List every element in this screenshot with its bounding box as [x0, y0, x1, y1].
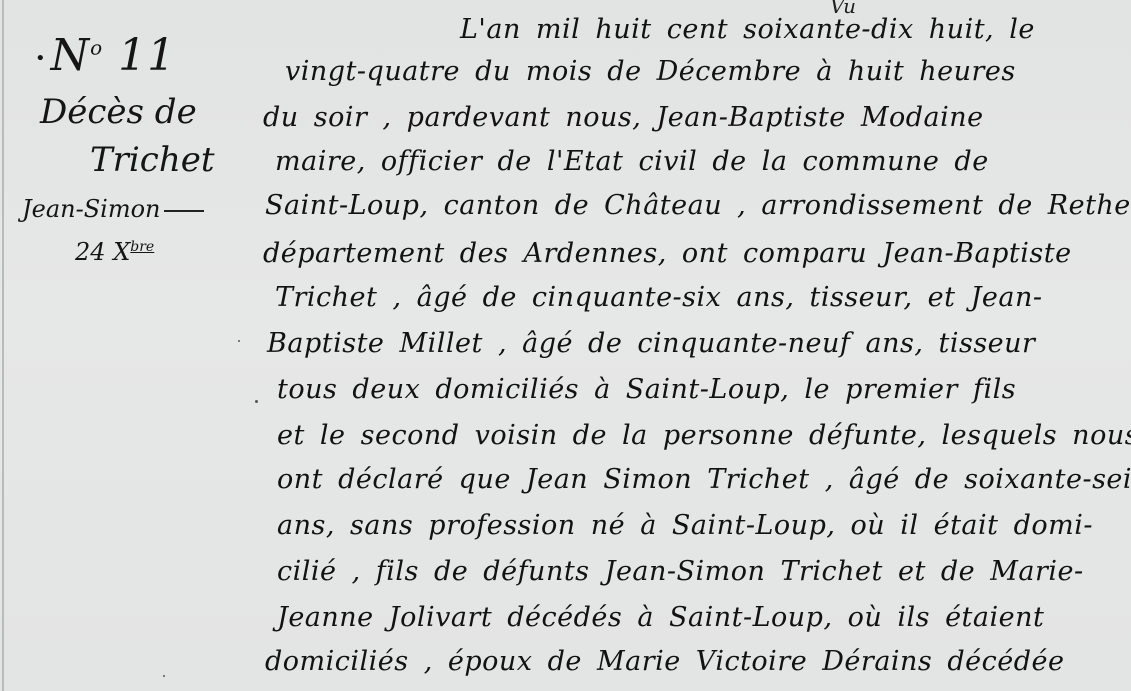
body-line-15: domiciliés , époux de Marie Victoire Dér… [265, 646, 1064, 677]
body-line-7: Trichet , âgé de cinquante-six ans, tiss… [275, 282, 1042, 313]
record-date-day: 24 [75, 238, 106, 266]
paper-speck [255, 400, 258, 403]
deceased-first-names: Jean-Simon [22, 195, 204, 223]
record-bullet: • [35, 48, 47, 69]
record-date-month: X [113, 238, 130, 266]
record-title: Décès de [40, 92, 197, 132]
body-line-11: ont déclaré que Jean Simon Trichet , âgé… [277, 464, 1131, 495]
record-date-month-sup: bre [130, 239, 154, 255]
scanned-register-page: •No 11 Décès de Trichet Jean-Simon 24 Xb… [0, 0, 1131, 691]
paper-speck [163, 675, 165, 677]
body-line-10: et le second voisin de la personne défun… [277, 420, 1131, 451]
body-line-3: du soir , pardevant nous, Jean-Baptiste … [263, 102, 984, 133]
page-binding-edge [2, 0, 4, 691]
paper-speck [238, 340, 240, 342]
record-date: 24 Xbre [75, 238, 154, 266]
body-line-2: vingt-quatre du mois de Décembre à huit … [285, 56, 1016, 87]
body-line-14: Jeanne Jolivart décédés à Saint-Loup, où… [277, 602, 1044, 633]
body-line-9: tous deux domiciliés à Saint-Loup, le pr… [277, 374, 1016, 405]
body-line-8: Baptiste Millet , âgé de cinquante-neuf … [267, 328, 1035, 359]
body-line-13: cilié , fils de défunts Jean-Simon Trich… [277, 556, 1084, 587]
record-number-label: N [51, 30, 91, 81]
body-line-4: maire, officier de l'Etat civil de la co… [275, 146, 989, 177]
body-line-5: Saint-Loup, canton de Château , arrondis… [265, 190, 1131, 221]
record-number-sup: o [90, 35, 103, 59]
record-number: •No 11 [35, 30, 176, 81]
deceased-surname: Trichet [90, 140, 215, 180]
body-line-6: département des Ardennes, ont comparu Je… [263, 238, 1072, 269]
body-line-12: ans, sans profession né à Saint-Loup, où… [277, 510, 1093, 541]
body-line-1: L'an mil huit cent soixante-dix huit, le [460, 14, 1035, 45]
record-number-value: 11 [118, 30, 176, 81]
